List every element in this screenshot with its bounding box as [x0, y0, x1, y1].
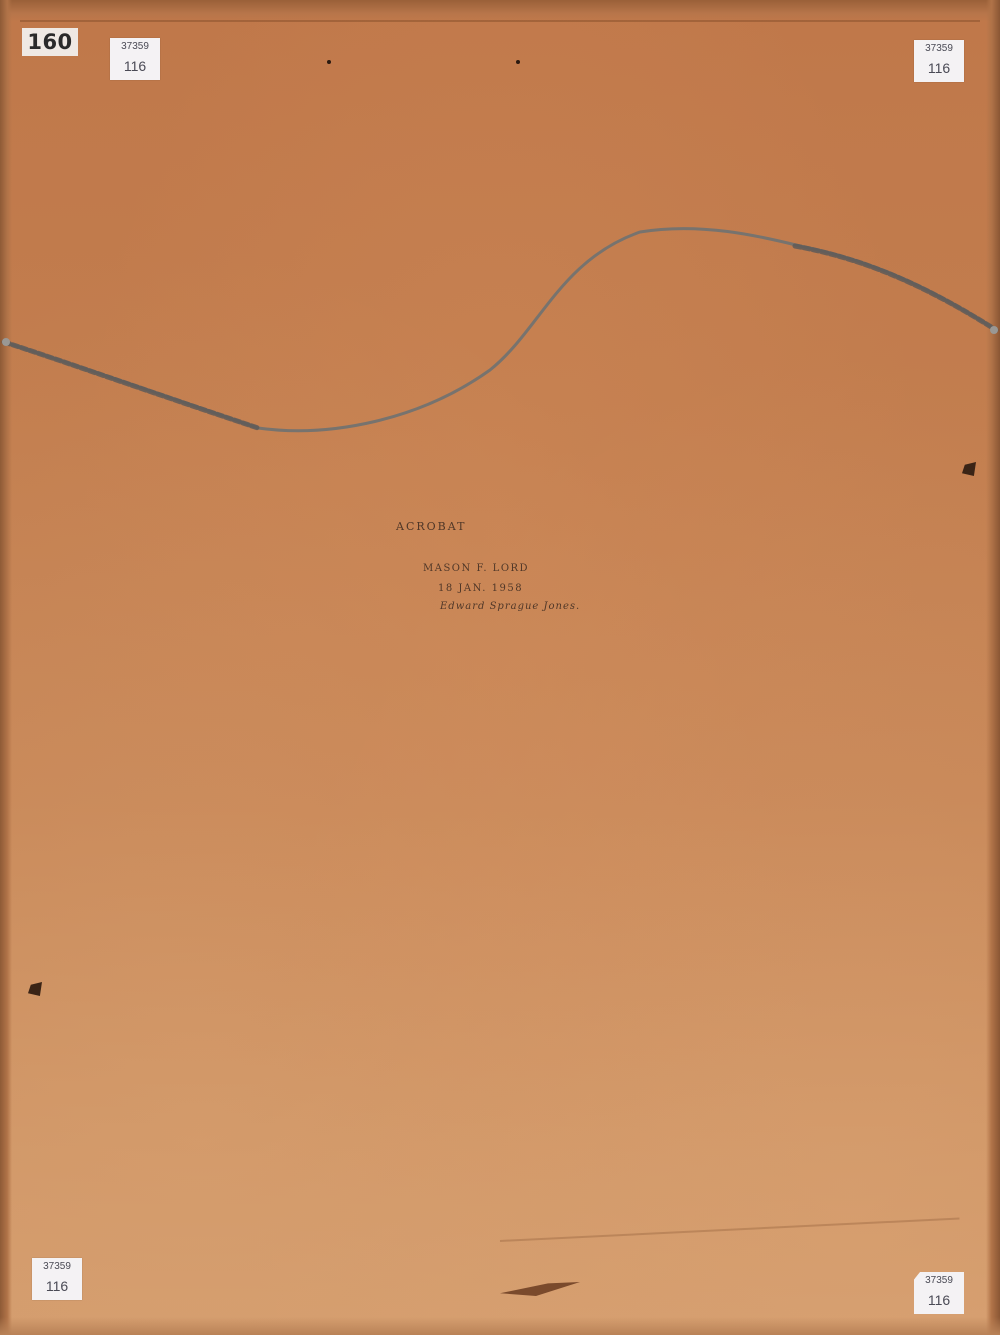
inventory-code: 37359 — [32, 1258, 82, 1273]
inventory-label-top-right: 37359 116 — [914, 40, 964, 82]
inventory-number: 116 — [32, 1273, 82, 1295]
nail-hole — [327, 60, 331, 64]
frame-back: 160 37359 116 37359 116 37359 116 37359 … — [0, 0, 1000, 1335]
inscription-date: 18 JAN. 1958 — [438, 583, 523, 594]
inventory-label-bottom-right: 37359 116 — [914, 1272, 964, 1314]
nail-hole — [516, 60, 520, 64]
inscription-title: ACROBAT — [396, 520, 466, 533]
inventory-code: 37359 — [914, 40, 964, 55]
inventory-number: 116 — [110, 53, 160, 75]
inscription-artist: MASON F. LORD — [423, 563, 529, 574]
inventory-label-bottom-left: 37359 116 — [32, 1258, 82, 1300]
hanging-wire — [0, 0, 1000, 1335]
inventory-number: 116 — [914, 1287, 964, 1309]
inventory-code: 37359 — [914, 1272, 964, 1287]
inscription-signature: Edward Sprague Jones. — [440, 601, 580, 612]
inventory-label-top-left: 37359 116 — [110, 38, 160, 80]
inventory-number: 116 — [914, 55, 964, 77]
inventory-code: 37359 — [110, 38, 160, 53]
lot-number-label: 160 — [22, 28, 78, 56]
